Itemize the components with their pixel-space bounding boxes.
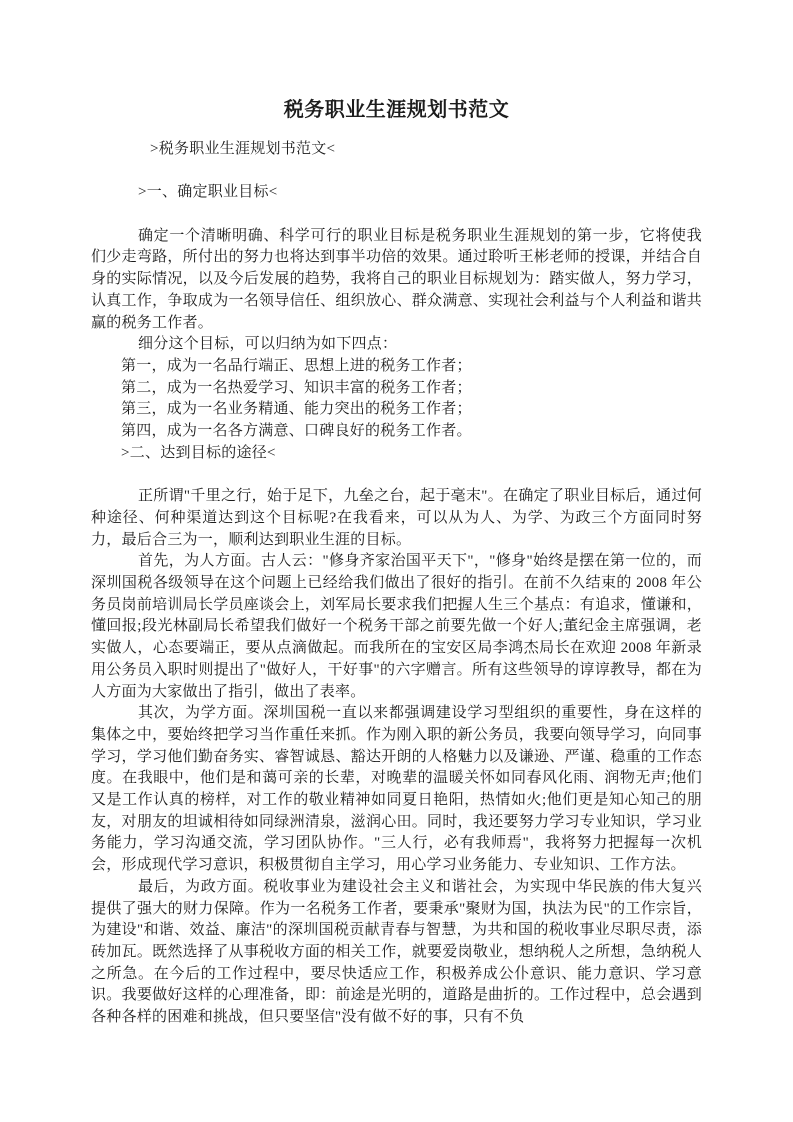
paragraph: 第四，成为一名各方满意、口碑良好的税务工作者。 <box>91 421 702 443</box>
document-page: 税务职业生涯规划书范文 >税务职业生涯规划书范文<>一、确定职业目标<确定一个清… <box>0 0 793 1122</box>
document-body: 税务职业生涯规划书范文 >税务职业生涯规划书范文<>一、确定职业目标<确定一个清… <box>91 97 702 1029</box>
paragraph: 确定一个清晰明确、科学可行的职业目标是税务职业生涯规划的第一步，它将使我们少走弯… <box>91 226 702 335</box>
paragraph: >二、达到目标的途径< <box>91 443 702 465</box>
paragraph: >税务职业生涯规划书范文< <box>91 139 702 161</box>
paragraph: 第三，成为一名业务精通、能力突出的税务工作者； <box>91 399 702 421</box>
paragraph: 第一，成为一名品行端正、思想上进的税务工作者； <box>91 356 702 378</box>
paragraph: 其次，为学方面。深圳国税一直以来都强调建设学习型组织的重要性，身在这样的集体之中… <box>91 703 702 877</box>
paragraph: 首先，为人方面。古人云："修身齐家治国平天下"，"修身"始终是摆在第一位的，而深… <box>91 551 702 703</box>
paragraph: >一、确定职业目标< <box>91 182 702 204</box>
paragraph: 第二，成为一名热爱学习、知识丰富的税务工作者； <box>91 378 702 400</box>
paragraph: 细分这个目标，可以归纳为如下四点： <box>91 334 702 356</box>
paragraph: 正所谓"千里之行，始于足下，九垒之台，起于毫末"。在确定了职业目标后，通过何种途… <box>91 486 702 551</box>
paragraph: 最后，为政方面。税收事业为建设社会主义和谐社会，为实现中华民族的伟大复兴提供了强… <box>91 877 702 1029</box>
document-title: 税务职业生涯规划书范文 <box>91 97 702 123</box>
